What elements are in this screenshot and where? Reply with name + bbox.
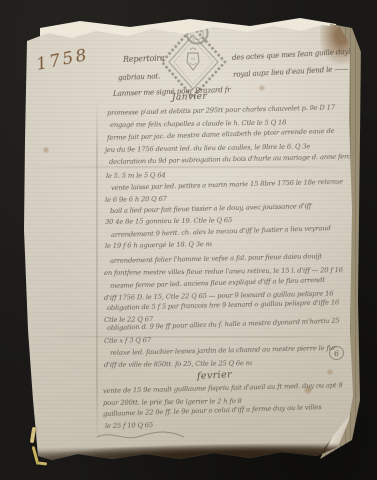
manuscript-line: vente de 15 9e mault guillaume fispriu f… — [103, 381, 343, 395]
manuscript-line: jeu du 9e 1756 devant led. du lieu de ca… — [105, 142, 310, 154]
horizontal-crease — [30, 336, 345, 338]
manuscript-line: engagé me felix chapelles a claude le h.… — [110, 119, 286, 129]
header-line2-right: royal aupz lieu d'eau fiend le —— — [233, 64, 349, 79]
manuscript-line: arrendement 9 herit. ch. alex le mezou d… — [111, 224, 331, 239]
manuscript-line: arrendement felier l'homme le vefse a fa… — [110, 252, 322, 265]
manuscript-line: le 19 f 6 h aguergé le 18. Q 3e m — [105, 240, 212, 250]
manuscript-line: Ctle x f 3 Q 67 — [104, 336, 151, 345]
header-title-word: Repertoire — [123, 54, 165, 64]
bottom-edge-damage — [30, 443, 342, 466]
signature-flourish — [95, 428, 187, 444]
manuscript-line: bail a lied pour fait fieue tissier a le… — [110, 202, 311, 215]
binding-thread — [30, 427, 36, 443]
manuscript-line: mesme ferme par led. anciens fieue expli… — [110, 276, 325, 290]
manuscript-line: en fontfene mestre villes fieue redue l'… — [104, 266, 343, 277]
vertical-crease — [96, 98, 98, 443]
margin-year: 1758 — [35, 45, 91, 75]
manuscript-line: le 6 9e 6 h 20 Q 67 — [105, 195, 167, 204]
manuscript-line: ferme fait par jac. de mestre dame eliza… — [107, 127, 335, 142]
section-title-january: Janvier — [172, 92, 207, 103]
manuscript-line: promesse p'aud et debitis par 295tt pour… — [107, 103, 335, 117]
section-title-february: fevrier — [197, 369, 233, 382]
manuscript-line: 30 4e 8e 15 gonnieu le 19. Ctle le Q 65 — [105, 216, 232, 226]
photograph-background: 1758 Repertoire des actes que mes Iean g… — [0, 0, 377, 480]
manuscript-line: declaration du 9d par subrogation du boi… — [109, 152, 355, 166]
manuscript-line: d'iff de ville de 850tt. fo 25, Ctle le … — [104, 359, 252, 369]
manuscript-page: 1758 Repertoire des actes que mes Iean g… — [0, 0, 377, 480]
header-line2-left: gabriau not. — [118, 72, 160, 82]
manuscript-line: vente laisse par led. petites a marin ma… — [111, 178, 343, 192]
manuscript-line: relaxe led. fauchier lesnes jardin de la… — [110, 344, 336, 357]
margin-note-circled: 6 — [328, 345, 344, 360]
binding-thread — [38, 461, 47, 465]
manuscript-line: le 5. 5 m le 5 Q 64 — [106, 171, 166, 180]
horizontal-crease — [30, 166, 345, 168]
